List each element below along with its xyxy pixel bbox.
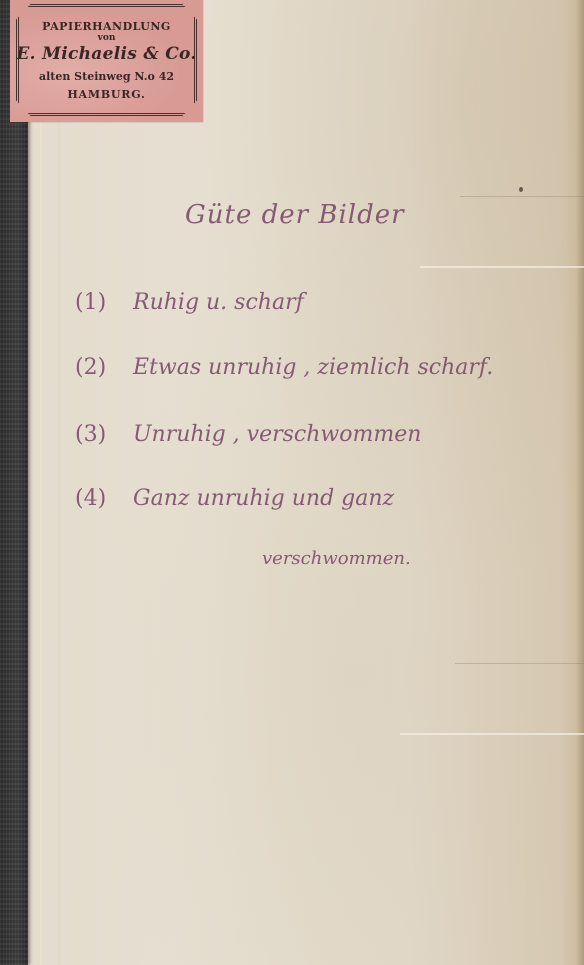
- list-item-continuation: verschwommen.: [262, 548, 411, 569]
- list-item: (4)Ganz unruhig und ganz: [75, 486, 394, 511]
- gutter-line: [58, 0, 60, 965]
- item-number: (4): [75, 486, 133, 511]
- label-company-name: E. Michaelis & Co.: [10, 44, 203, 64]
- notebook-page: PAPIERHANDLUNG von E. Michaelis & Co. al…: [0, 0, 584, 965]
- label-address: alten Steinweg N.o 42: [10, 70, 203, 83]
- book-spine: [0, 0, 28, 965]
- label-city: HAMBURG.: [10, 88, 203, 101]
- label-von: von: [10, 33, 203, 43]
- label-shop-type: PAPIERHANDLUNG: [10, 20, 203, 33]
- list-item: (3)Unruhig , verschwommen: [75, 422, 421, 447]
- item-number: (2): [75, 355, 133, 380]
- paper-fold: [420, 266, 584, 268]
- item-text: Etwas unruhig , ziemlich scharf.: [133, 355, 493, 380]
- item-text: Unruhig , verschwommen: [133, 422, 421, 447]
- item-text: Ganz unruhig und ganz: [133, 486, 394, 511]
- paper-crease: [460, 196, 584, 197]
- page-heading: Güte der Bilder: [185, 200, 405, 230]
- page-edge-shadow: [576, 0, 584, 965]
- list-item: (1)Ruhig u. scharf: [75, 290, 304, 315]
- item-text: Ruhig u. scharf: [133, 290, 304, 315]
- item-number: (1): [75, 290, 133, 315]
- paper-crease: [455, 663, 584, 664]
- list-item: (2)Etwas unruhig , ziemlich scharf.: [75, 355, 493, 380]
- gutter-line: [40, 0, 42, 965]
- stationer-label: PAPIERHANDLUNG von E. Michaelis & Co. al…: [10, 0, 203, 122]
- item-number: (3): [75, 422, 133, 447]
- paper-fold: [400, 733, 584, 735]
- ink-spot: [519, 187, 523, 192]
